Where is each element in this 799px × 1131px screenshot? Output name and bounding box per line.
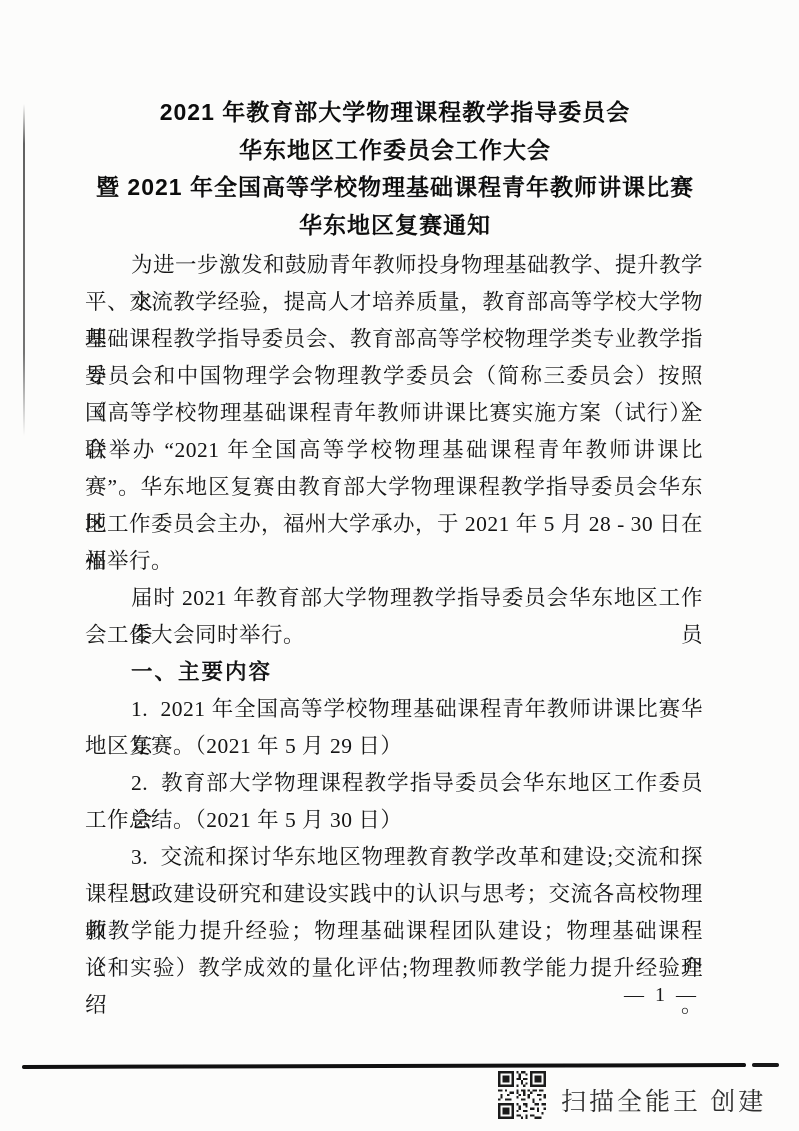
body-text-line: 国高等学校物理基础课程青年教师讲课比赛实施方案（试行）》联 xyxy=(85,395,703,432)
scan-crease-artifact xyxy=(23,104,25,436)
body-text-line: 州举行。 xyxy=(85,543,703,580)
body-text-line: 一、主要内容 xyxy=(85,654,703,691)
body-text-line: 课程思政建设研究和建设实践中的认识与思考；交流各高校物理教 xyxy=(85,876,703,913)
scan-page-edge-line xyxy=(22,1063,746,1069)
camscanner-watermark-text: 扫描全能王 创建 xyxy=(561,1082,766,1118)
document-title-block: 2021 年教育部大学物理课程教学指导委员会 华东地区工作委员会工作大会 暨 2… xyxy=(85,94,705,244)
body-text-line: 为进一步激发和鼓励青年教师投身物理基础教学、提升教学水 xyxy=(85,247,703,284)
title-line-3: 暨 2021 年全国高等学校物理基础课程青年教师讲课比赛 xyxy=(85,169,705,207)
body-text-line: 地区复赛。（2021 年 5 月 29 日） xyxy=(85,728,703,765)
qr-code-icon xyxy=(497,1071,547,1119)
body-text-line: 1. 2021 年全国高等学校物理基础课程青年教师讲课比赛华东 xyxy=(85,691,703,728)
document-body: 为进一步激发和鼓励青年教师投身物理基础教学、提升教学水平、交流教学经验，提高人才… xyxy=(85,247,703,987)
body-text-line: 平、交流教学经验，提高人才培养质量，教育部高等学校大学物理 xyxy=(85,284,703,321)
body-text-line: 委员会和中国物理学会物理教学委员会（简称三委员会）按照《全 xyxy=(85,358,703,395)
body-text-line: 赛”。华东地区复赛由教育部大学物理课程教学指导委员会华东地 xyxy=(85,469,703,506)
scan-page-edge-dash xyxy=(752,1063,779,1067)
body-text-line: 师教学能力提升经验；物理基础课程团队建设；物理基础课程（理 xyxy=(85,913,703,950)
body-text-line: 3. 交流和探讨华东地区物理教育教学改革和建设;交流和探讨 xyxy=(85,839,703,876)
title-line-2: 华东地区工作委员会工作大会 xyxy=(85,132,705,170)
body-text-line: 工作总结。（2021 年 5 月 30 日） xyxy=(85,802,703,839)
title-line-4: 华东地区复赛通知 xyxy=(85,207,705,245)
title-line-1: 2021 年教育部大学物理课程教学指导委员会 xyxy=(85,94,705,132)
body-text-line: 论和实验）教学成效的量化评估;物理教师教学能力提升经验介绍。 xyxy=(85,950,703,987)
camscanner-watermark: 扫描全能王 创建 xyxy=(497,1071,766,1119)
body-text-line: 2. 教育部大学物理课程教学指导委员会华东地区工作委员会 xyxy=(85,765,703,802)
body-text-line: 合举办 “2021 年全国高等学校物理基础课程青年教师讲课比 xyxy=(85,432,703,469)
body-text-line: 区工作委员会主办，福州大学承办，于 2021 年 5 月 28 - 30 日在福 xyxy=(85,506,703,543)
body-text-line: 基础课程教学指导委员会、教育部高等学校物理学类专业教学指导 xyxy=(85,321,703,358)
page-number: — 1 — xyxy=(624,984,699,1007)
body-text-line: 届时 2021 年教育部大学物理教学指导委员会华东地区工作委员 xyxy=(85,580,703,617)
scanned-document-page: 2021 年教育部大学物理课程教学指导委员会 华东地区工作委员会工作大会 暨 2… xyxy=(0,0,799,1131)
